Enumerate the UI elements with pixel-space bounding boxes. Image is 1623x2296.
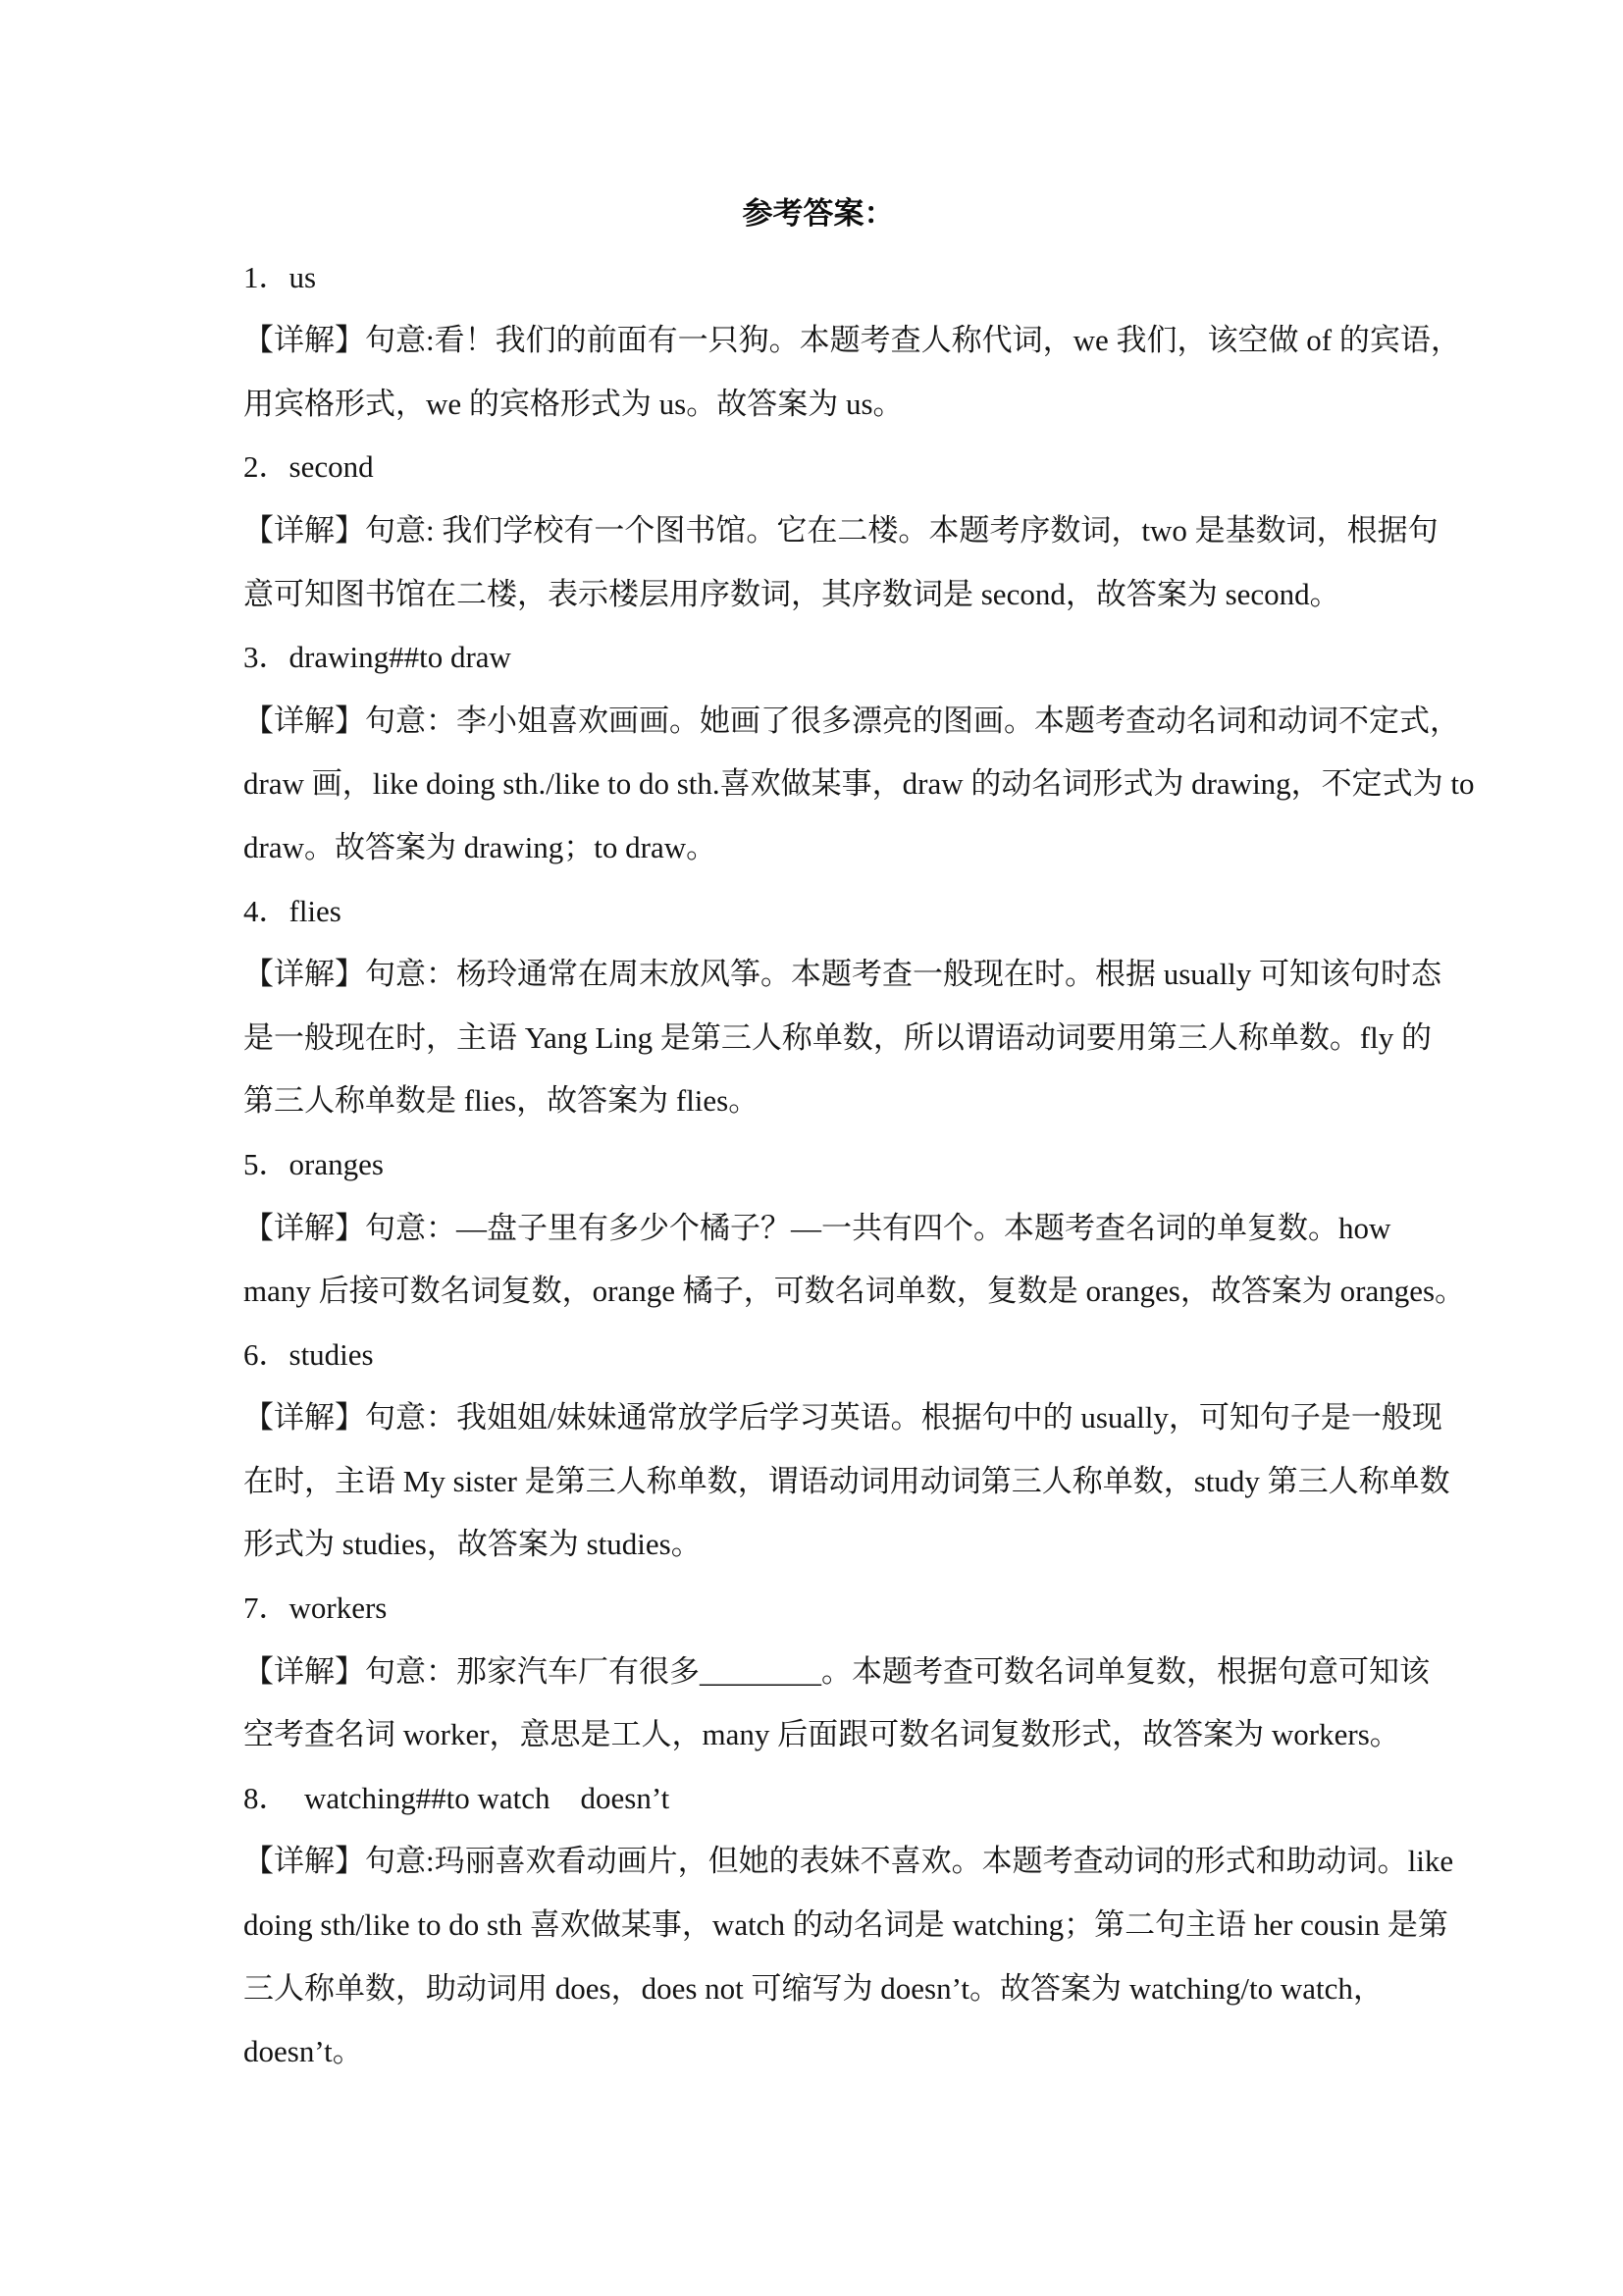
- explanation-line: 是一般现在时，主语 Yang Ling 是第三人称单数，所以谓语动词要用第三人称…: [243, 1007, 1393, 1070]
- explanation-line: 【详解】句意：李小姐喜欢画画。她画了很多漂亮的图画。本题考查动名词和动词不定式，: [243, 690, 1393, 754]
- explanation-line: 【详解】句意:看！我们的前面有一只狗。本题考查人称代词，we 我们，该空做 of…: [243, 309, 1393, 373]
- explanation-line: 【详解】句意:玛丽喜欢看动画片，但她的表妹不喜欢。本题考查动词的形式和助动词。l…: [243, 1830, 1393, 1894]
- answer-item-7: 7．workers: [243, 1577, 1393, 1641]
- answer-value: flies: [289, 894, 341, 928]
- document-page: 参考答案： 1．us 【详解】句意:看！我们的前面有一只狗。本题考查人称代词，w…: [0, 0, 1623, 2296]
- explanation-line: 【详解】句意: 我们学校有一个图书馆。它在二楼。本题考序数词，two 是基数词，…: [243, 499, 1393, 563]
- explanation-line: 形式为 studies，故答案为 studies。: [243, 1513, 1393, 1577]
- answer-value: drawing##to draw: [289, 640, 511, 674]
- explanation-line: 三人称单数，助动词用 does，does not 可缩写为 doesn’t。故答…: [243, 1957, 1393, 2021]
- explanation-line: 第三人称单数是 flies，故答案为 flies。: [243, 1070, 1393, 1133]
- answer-value: us: [289, 260, 317, 294]
- answer-item-2: 2．second: [243, 436, 1393, 499]
- answer-number: 4．: [243, 894, 289, 928]
- answer-item-5: 5．oranges: [243, 1133, 1393, 1197]
- explanation-line: many 后接可数名词复数，orange 橘子，可数名词单数，复数是 orang…: [243, 1260, 1393, 1324]
- explanation-line: 【详解】句意：杨玲通常在周末放风筝。本题考查一般现在时。根据 usually 可…: [243, 943, 1393, 1007]
- answer-value: workers: [289, 1591, 388, 1625]
- explanation-line: doesn’t。: [243, 2020, 1393, 2084]
- answer-item-4: 4．flies: [243, 880, 1393, 944]
- page-title: 参考答案：: [243, 183, 1393, 246]
- answer-item-6: 6．studies: [243, 1324, 1393, 1387]
- answer-number: 3．: [243, 640, 289, 674]
- answer-item-1: 1．us: [243, 246, 1393, 310]
- answer-number: 7．: [243, 1591, 289, 1625]
- explanation-line: 【详解】句意：—盘子里有多少个橘子？—一共有四个。本题考查名词的单复数。how: [243, 1197, 1393, 1261]
- answer-number: 2．: [243, 449, 289, 484]
- answer-value: second: [289, 449, 374, 484]
- explanation-line: doing sth/like to do sth 喜欢做某事，watch 的动名…: [243, 1894, 1393, 1957]
- answer-item-3: 3．drawing##to draw: [243, 626, 1393, 690]
- answer-number: 1．: [243, 260, 289, 294]
- answer-number: 6．: [243, 1337, 289, 1372]
- explanation-line: 意可知图书馆在二楼，表示楼层用序数词，其序数词是 second，故答案为 sec…: [243, 563, 1393, 627]
- explanation-line: draw 画，like doing sth./like to do sth.喜欢…: [243, 753, 1393, 816]
- explanation-line: 用宾格形式，we 的宾格形式为 us。故答案为 us。: [243, 373, 1393, 437]
- explanation-line: draw。故答案为 drawing；to draw。: [243, 816, 1393, 880]
- answer-number: 5．: [243, 1147, 289, 1181]
- answer-item-8: 8． watching##to watch doesn’t: [243, 1767, 1393, 1831]
- answer-value: oranges: [289, 1147, 384, 1181]
- explanation-line: 空考查名词 worker，意思是工人，many 后面跟可数名词复数形式，故答案为…: [243, 1703, 1393, 1767]
- explanation-line: 【详解】句意：我姐姐/妹妹通常放学后学习英语。根据句中的 usually，可知句…: [243, 1386, 1393, 1450]
- answer-value: watching##to watch doesn’t: [289, 1781, 670, 1815]
- explanation-line: 【详解】句意：那家汽车厂有很多________。本题考查可数名词单复数，根据句意…: [243, 1641, 1393, 1704]
- answer-number: 8．: [243, 1781, 289, 1815]
- explanation-line: 在时，主语 My sister 是第三人称单数，谓语动词用动词第三人称单数，st…: [243, 1450, 1393, 1514]
- answer-value: studies: [289, 1337, 374, 1372]
